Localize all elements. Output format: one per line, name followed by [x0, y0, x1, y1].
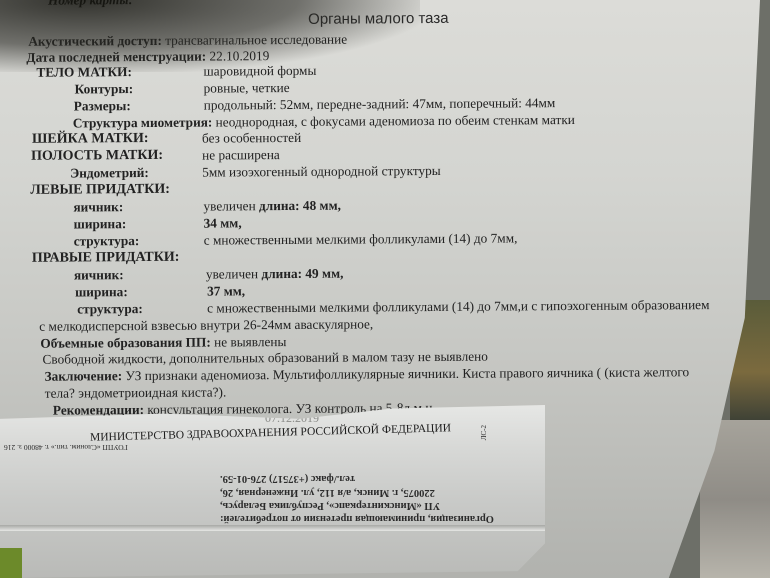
right-ovary-length: длина: 49 мм,	[261, 266, 343, 282]
printer-line: ГОУПП «Слоним. тип.» т. 48000 з. 216	[4, 443, 128, 452]
cavity-value: не расширена	[202, 148, 280, 162]
myometrium-label: Структура миометрия:	[73, 115, 213, 131]
left-structure-value: с множественными мелкими фолликулами (14…	[204, 231, 518, 246]
sizes-label: Размеры:	[74, 99, 131, 113]
right-width-value: 37 мм,	[207, 284, 245, 298]
myometrium-value: неоднородная, с фокусами аденомиоза по о…	[216, 112, 575, 130]
right-structure-label: структура:	[77, 302, 143, 316]
masses-label: Объемные образования ПП:	[40, 335, 210, 351]
uterus-body-heading: ТЕЛО МАТКИ:	[36, 65, 131, 79]
slip-fold	[0, 525, 545, 531]
right-structure-cont: с мелкодисперсной взвесью внутри 26-24мм…	[39, 317, 373, 333]
contours-label: Контуры:	[75, 82, 134, 96]
last-menstruation-value: 22.10.2019	[209, 48, 269, 63]
card-number-label: Номер карты:	[48, 0, 133, 7]
last-menstruation-label: Дата последней менструации:	[26, 49, 206, 65]
left-structure-label: структура:	[74, 234, 140, 248]
acoustic-access-value: трансвагинальное исследование	[165, 32, 347, 48]
leaflet-line: Организация, принимающая претензии от по…	[220, 513, 494, 524]
acoustic-access-row: Акустический доступ: трансвагинальное ис…	[28, 33, 347, 49]
last-menstruation-row: Дата последней менструации: 22.10.2019	[26, 49, 269, 64]
conclusion-label: Заключение:	[45, 368, 123, 384]
background-object-green	[0, 548, 22, 578]
cavity-label: ПОЛОСТЬ МАТКИ:	[31, 149, 163, 164]
conclusion-row: Заключение: УЗ признаки аденомиоза. Муль…	[45, 365, 690, 383]
right-ovary-state: увеличен	[206, 266, 258, 281]
left-width-label: ширина:	[74, 217, 127, 231]
masses-row: Объемные образования ПП: не выявлены	[40, 335, 286, 350]
conclusion-value: УЗ признаки аденомиоза. Мультифолликуляр…	[125, 364, 689, 383]
endometrium-label: Эндометрий:	[70, 166, 149, 180]
pharmacy-leaflet-slip: 07.12.2019 МИНИСТЕРСТВО ЗДРАВООХРАНЕНИЯ …	[0, 405, 545, 578]
side-code: ЛС-2	[480, 425, 488, 440]
right-structure-value: с множественными мелкими фолликулами (14…	[207, 298, 709, 315]
endometrium-value: 5мм изоэхогенный однородной структуры	[202, 164, 441, 179]
left-ovary-state: увеличен	[203, 198, 255, 213]
sizes-value: продольный: 52мм, передне-задний: 47мм, …	[204, 96, 556, 112]
cervix-label: ШЕЙКА МАТКИ:	[32, 132, 149, 147]
contours-value: ровные, четкие	[204, 81, 290, 95]
left-ovary-value: увеличен длина: 48 мм,	[203, 199, 341, 213]
masses-value: не выявлены	[214, 334, 286, 350]
leaflet-line: тел./факс (+37517) 276-01-59.	[220, 473, 355, 484]
photo-scene: Номер карты: Органы малого таза Акустиче…	[0, 0, 770, 578]
left-width-value: 34 мм,	[204, 216, 242, 230]
right-ovary-value: увеличен длина: 49 мм,	[206, 267, 344, 281]
left-ovary-label: яичник:	[73, 200, 123, 214]
leaflet-line: 220075, г. Минск, а/я 112, ул. Инженерна…	[220, 487, 435, 498]
free-fluid-text: Свободной жидкости, дополнительных образ…	[42, 350, 487, 366]
left-ovary-length: длина: 48 мм,	[259, 198, 341, 214]
right-width-label: ширина:	[75, 285, 128, 299]
leaflet-line: УП «Минскинтеркапс», Республика Беларусь…	[220, 500, 440, 511]
uterus-body-value: шаровидной формы	[203, 64, 316, 78]
right-adnexa-heading: ПРАВЫЕ ПРИДАТКИ:	[32, 251, 180, 266]
right-ovary-label: яичник:	[74, 268, 124, 282]
page-title: Органы малого таза	[308, 11, 448, 27]
left-adnexa-heading: ЛЕВЫЕ ПРИДАТКИ:	[30, 183, 170, 198]
cervix-value: без особенностей	[202, 131, 301, 145]
acoustic-access-label: Акустический доступ:	[28, 33, 162, 49]
conclusion-cont: тела? эндометриоидная киста?).	[45, 385, 227, 400]
myometrium-row: Структура миометрия: неоднородная, с фок…	[73, 113, 575, 130]
